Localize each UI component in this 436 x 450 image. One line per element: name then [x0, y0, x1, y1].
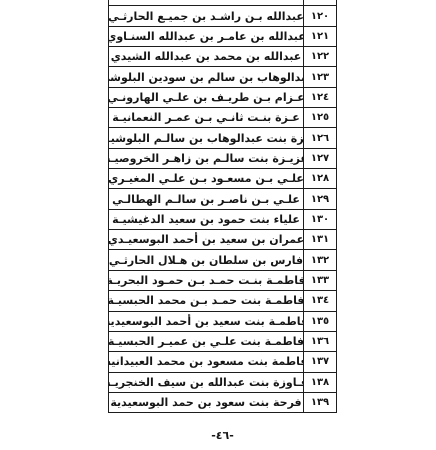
row-number-cell: ١٢٥ — [303, 108, 336, 127]
row-name-cell: عـزة بنـت ثانـي بـن عمـر النعمانيـة — [109, 108, 303, 127]
row-number-cell: ١٢٠ — [303, 6, 336, 25]
row-name-cell: عزة بنت عبدالوهاب بن سالـم البلوشيـة — [109, 128, 303, 147]
table-row: ١٢٦عزة بنت عبدالوهاب بن سالـم البلوشيـة — [109, 127, 336, 147]
row-number-cell: ١٢٨ — [303, 169, 336, 188]
row-name-cell: فاطمـة بنت علـي بن عميـر الحبسيـة — [109, 332, 303, 351]
table-row: ١٣٨فـاوزة بنت عبدالله بن سيف الخنجريـة — [109, 372, 336, 392]
row-name-cell — [109, 0, 303, 5]
row-name-cell: عبدالوهاب بن سالم بن سودين البلوشي — [109, 67, 303, 86]
names-table-clip: ١١٩ ١٢٠عبدالله بـن راشـد بن جميـع الحارث… — [108, 0, 339, 413]
row-name-cell: عمران بن سعيد بن أحمد البوسعيـدي — [109, 230, 303, 249]
row-name-cell: فارس بن سلطان بن هـلال الحارثـي — [109, 250, 303, 269]
row-name-cell: علـي بـن ناصـر بن سالـم الهطالـي — [109, 189, 303, 208]
table-row: ١٢٨علـي بـن مسعـود بـن علـي المغيـري — [109, 168, 336, 188]
row-name-cell: علياء بنت حمود بن سعيد الدغيشيـة — [109, 210, 303, 229]
table-row: ١٣٠علياء بنت حمود بن سعيد الدغيشيـة — [109, 209, 336, 229]
row-number-cell: ١٢٧ — [303, 149, 336, 168]
row-number-cell: ١٢٣ — [303, 67, 336, 86]
table-row: ١٣٦فاطمـة بنت علـي بن عميـر الحبسيـة — [109, 331, 336, 351]
row-number-cell: ١٢١ — [303, 27, 336, 46]
row-number-cell: ١٣٧ — [303, 352, 336, 371]
row-number-cell: ١٢٤ — [303, 88, 336, 107]
row-number-cell: ١٣٠ — [303, 210, 336, 229]
table-row: ١٢٥عـزة بنـت ثانـي بـن عمـر النعمانيـة — [109, 107, 336, 127]
table-row: ١٣٥فاطمـة بنت سعيد بن أحمد البوسعيدية — [109, 311, 336, 331]
row-name-cell: عبدالله بـن راشـد بن جميـع الحارثـي — [109, 6, 303, 25]
row-name-cell: عـزام بـن طريـف بن علـي الهارونـي — [109, 88, 303, 107]
row-number-cell: ١٣٤ — [303, 291, 336, 310]
names-table: ١١٩ ١٢٠عبدالله بـن راشـد بن جميـع الحارث… — [108, 0, 337, 413]
row-name-cell: عزيـزة بنت سالـم بن زاهـر الخروصيـة — [109, 149, 303, 168]
row-number-cell: ١١٩ — [303, 0, 336, 5]
table-row: ١٢٣عبدالوهاب بن سالم بن سودين البلوشي — [109, 66, 336, 86]
row-name-cell: عبدالله بن محمد بن عبدالله الشيدي — [109, 47, 303, 66]
table-row: ١٢٧عزيـزة بنت سالـم بن زاهـر الخروصيـة — [109, 148, 336, 168]
row-number-cell: ١٢٢ — [303, 47, 336, 66]
row-number-cell: ١٣٦ — [303, 332, 336, 351]
table-row: ١٣٢فارس بن سلطان بن هـلال الحارثـي — [109, 249, 336, 269]
row-number-cell: ١٢٦ — [303, 128, 336, 147]
row-name-cell: فاطمة بنت مسعود بن محمد العبيدانية — [109, 352, 303, 371]
table-row: ١٢١عبدالله بن عامـر بن عبدالله السنـاوي — [109, 26, 336, 46]
page-number: -٤٦- — [108, 429, 337, 442]
row-name-cell: فاطمـة بنت سعيد بن أحمد البوسعيدية — [109, 312, 303, 331]
table-row: ١٣٣فاطمـة بنـت حمـد بـن حمـود البحريـة — [109, 270, 336, 290]
table-row: ١٢٩علـي بـن ناصـر بن سالـم الهطالـي — [109, 188, 336, 208]
table-row-partial: ١١٩ — [109, 0, 336, 5]
row-name-cell: علـي بـن مسعـود بـن علـي المغيـري — [109, 169, 303, 188]
row-name-cell: فـاوزة بنت عبدالله بن سيف الخنجريـة — [109, 373, 303, 392]
row-number-cell: ١٣٣ — [303, 271, 336, 290]
table-row: ١٣٩فرحة بنت سعود بن حمد البوسعيدية — [109, 392, 336, 412]
row-number-cell: ١٣١ — [303, 230, 336, 249]
row-number-cell: ١٣٨ — [303, 373, 336, 392]
row-number-cell: ١٣٩ — [303, 393, 336, 412]
table-row: ١٢٠عبدالله بـن راشـد بن جميـع الحارثـي — [109, 5, 336, 25]
row-number-cell: ١٣٥ — [303, 312, 336, 331]
document-page: ١١٩ ١٢٠عبدالله بـن راشـد بن جميـع الحارث… — [0, 0, 436, 450]
row-name-cell: عبدالله بن عامـر بن عبدالله السنـاوي — [109, 27, 303, 46]
row-name-cell: فاطمـة بنت حمـد بـن محمد الحبسيـة — [109, 291, 303, 310]
table-row: ١٢٤عـزام بـن طريـف بن علـي الهارونـي — [109, 87, 336, 107]
table-row: ١٣١عمران بن سعيد بن أحمد البوسعيـدي — [109, 229, 336, 249]
row-number-cell: ١٣٢ — [303, 250, 336, 269]
table-row: ١٣٤فاطمـة بنت حمـد بـن محمد الحبسيـة — [109, 290, 336, 310]
table-row: ١٣٧فاطمة بنت مسعود بن محمد العبيدانية — [109, 351, 336, 371]
row-name-cell: فرحة بنت سعود بن حمد البوسعيدية — [109, 393, 303, 412]
row-number-cell: ١٢٩ — [303, 189, 336, 208]
row-name-cell: فاطمـة بنـت حمـد بـن حمـود البحريـة — [109, 271, 303, 290]
table-row: ١٢٢عبدالله بن محمد بن عبدالله الشيدي — [109, 46, 336, 66]
